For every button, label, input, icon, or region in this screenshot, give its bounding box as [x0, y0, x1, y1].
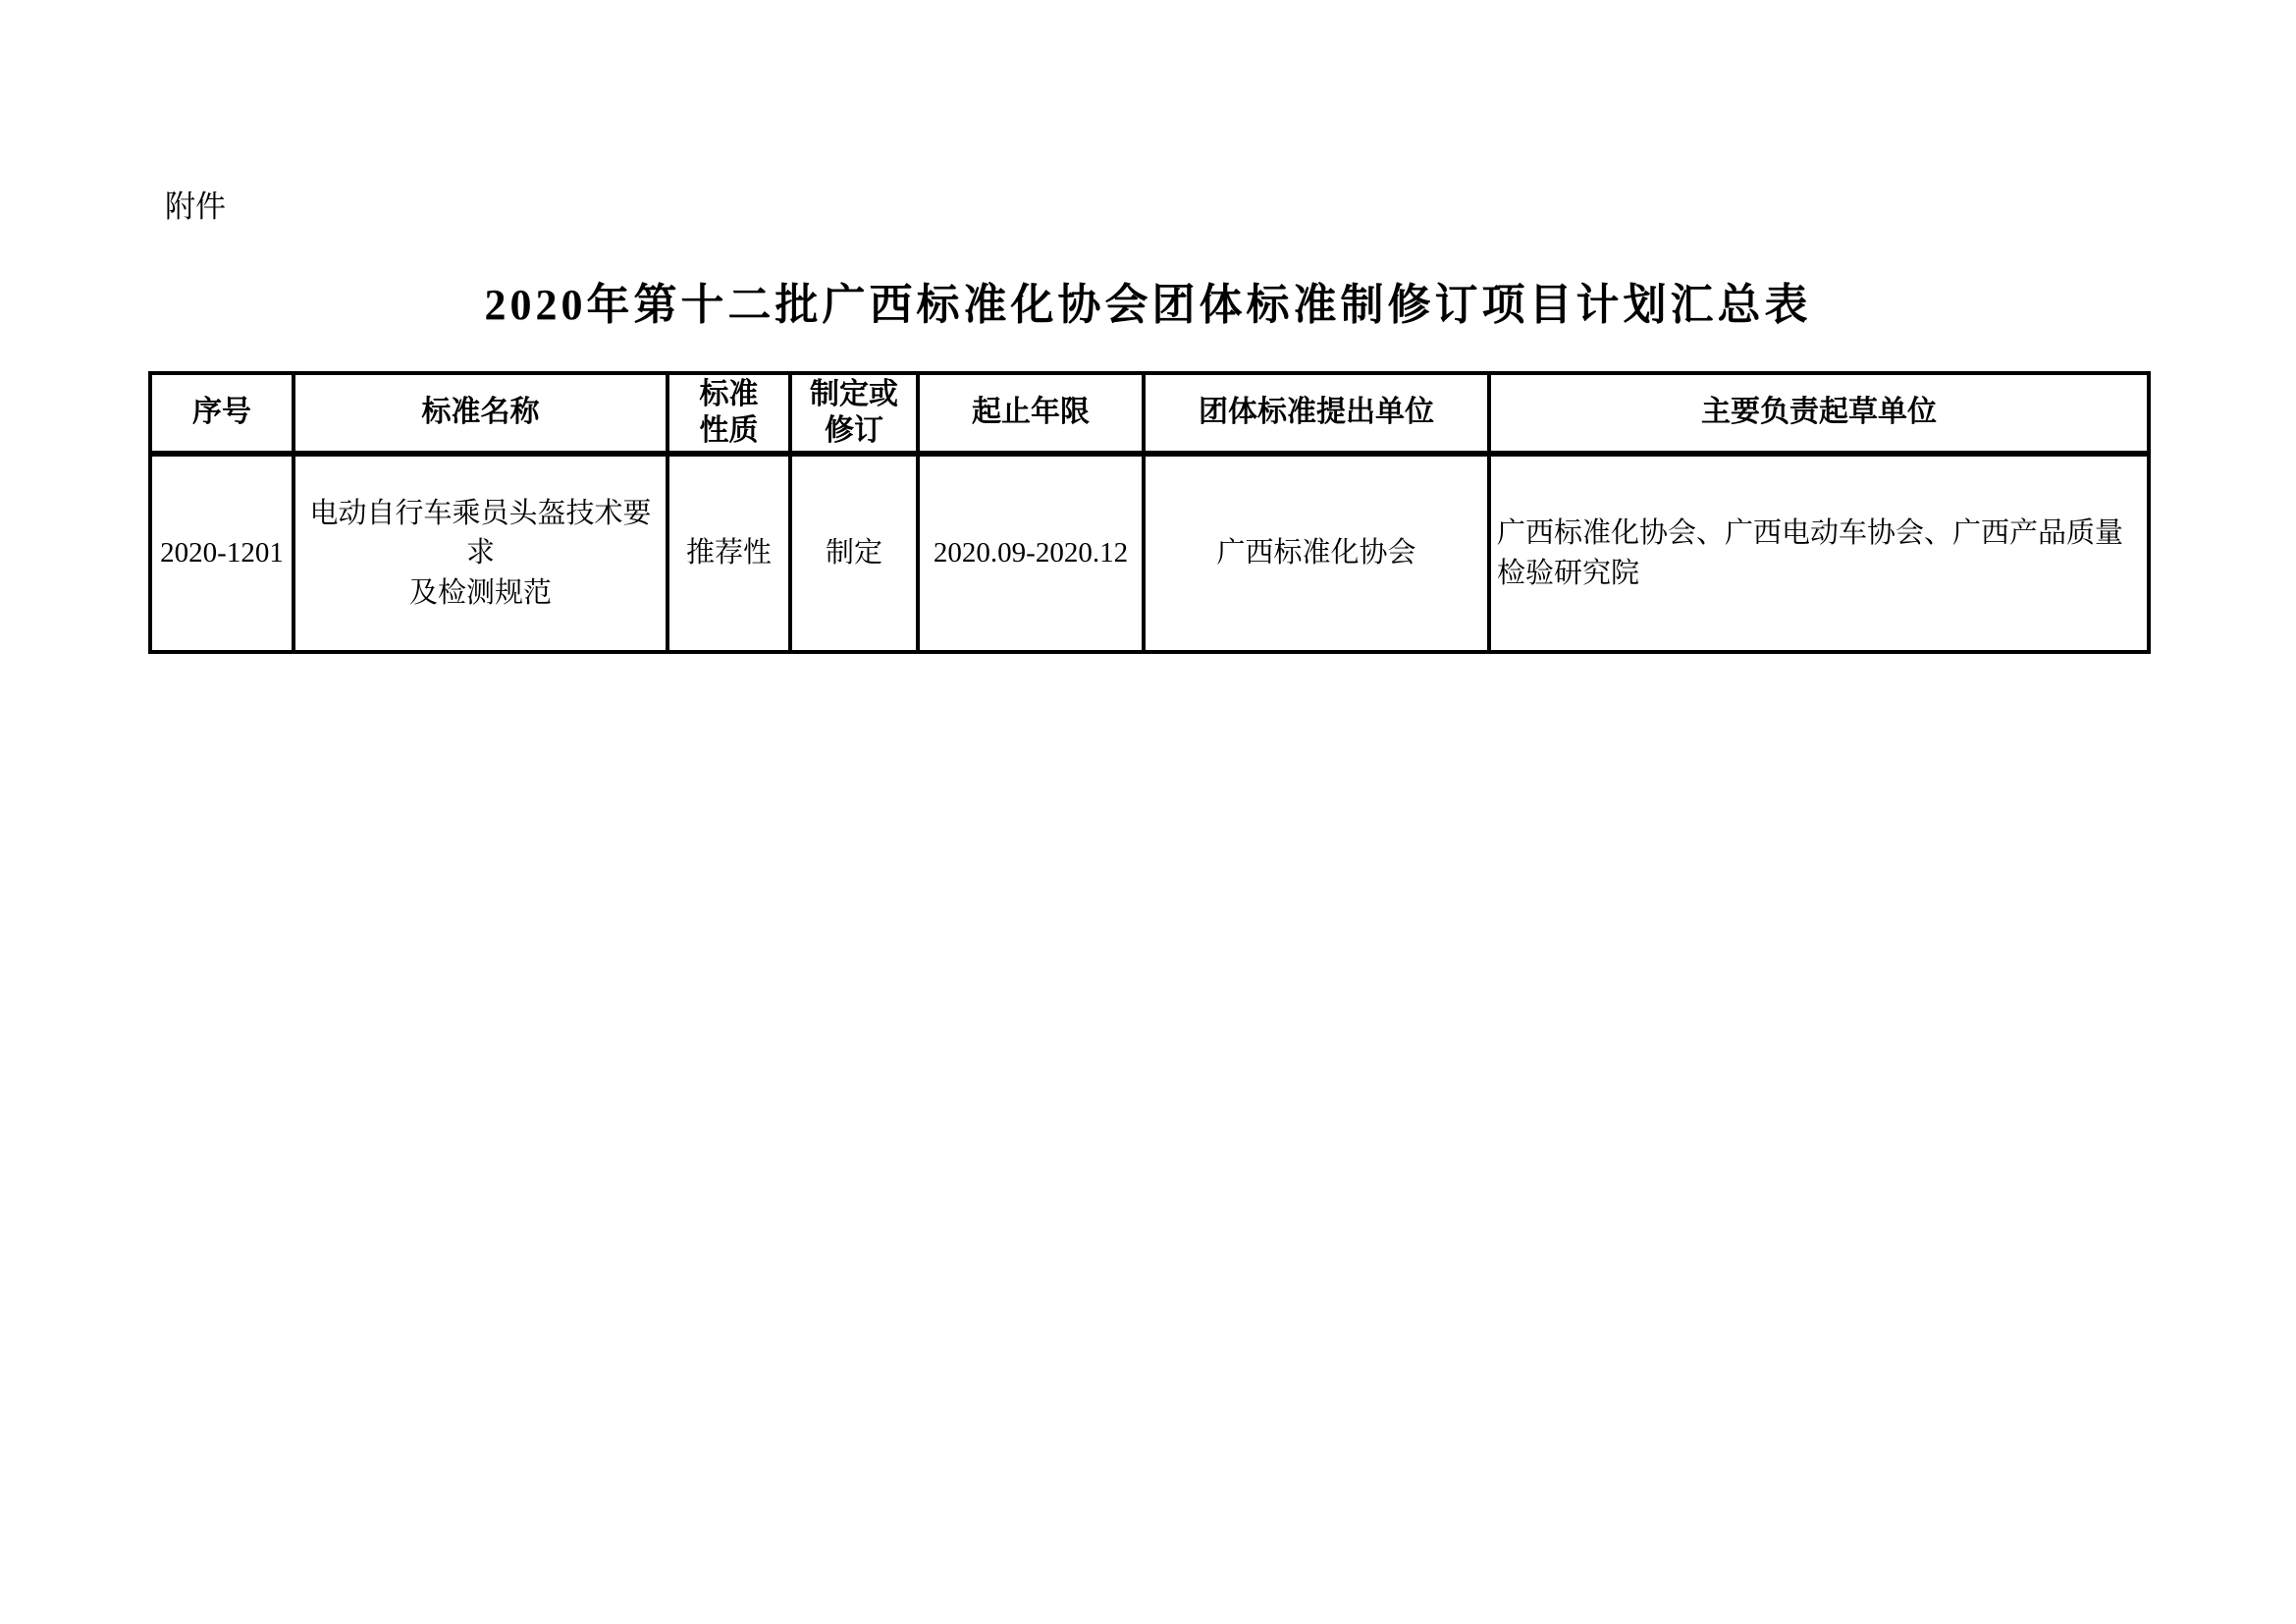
plan-table: 序号 标准名称 标准 性质 制定或 修订 起止年限 团体标准提出单位 主要负责起… — [148, 371, 2151, 654]
cell-serial: 2020-1201 — [150, 454, 294, 652]
cell-drafting-units: 广西标准化协会、广西电动车协会、广西产品质量检验研究院 — [1489, 454, 2149, 652]
col-header-period: 起止年限 — [918, 373, 1144, 454]
table-header-row: 序号 标准名称 标准 性质 制定或 修订 起止年限 团体标准提出单位 主要负责起… — [150, 373, 2149, 454]
col-header-serial: 序号 — [150, 373, 294, 454]
col-header-drafting-units: 主要负责起草单位 — [1489, 373, 2149, 454]
page-title: 2020年第十二批广西标准化协会团体标准制修订项目计划汇总表 — [0, 281, 2296, 331]
col-header-standard-name: 标准名称 — [294, 373, 667, 454]
col-header-standard-nature: 标准 性质 — [667, 373, 790, 454]
document-page: 附件 2020年第十二批广西标准化协会团体标准制修订项目计划汇总表 序号 标准名… — [0, 0, 2296, 1624]
cell-period: 2020.09-2020.12 — [918, 454, 1144, 652]
cell-formulate-or-revise: 制定 — [790, 454, 918, 652]
attachment-label: 附件 — [165, 190, 226, 224]
cell-standard-name: 电动自行车乘员头盔技术要求 及检测规范 — [294, 454, 667, 652]
col-header-formulate-or-revise: 制定或 修订 — [790, 373, 918, 454]
table-row: 2020-1201 电动自行车乘员头盔技术要求 及检测规范 推荐性 制定 202… — [150, 454, 2149, 652]
cell-standard-nature: 推荐性 — [667, 454, 790, 652]
col-header-proposing-unit: 团体标准提出单位 — [1144, 373, 1489, 454]
cell-proposing-unit: 广西标准化协会 — [1144, 454, 1489, 652]
